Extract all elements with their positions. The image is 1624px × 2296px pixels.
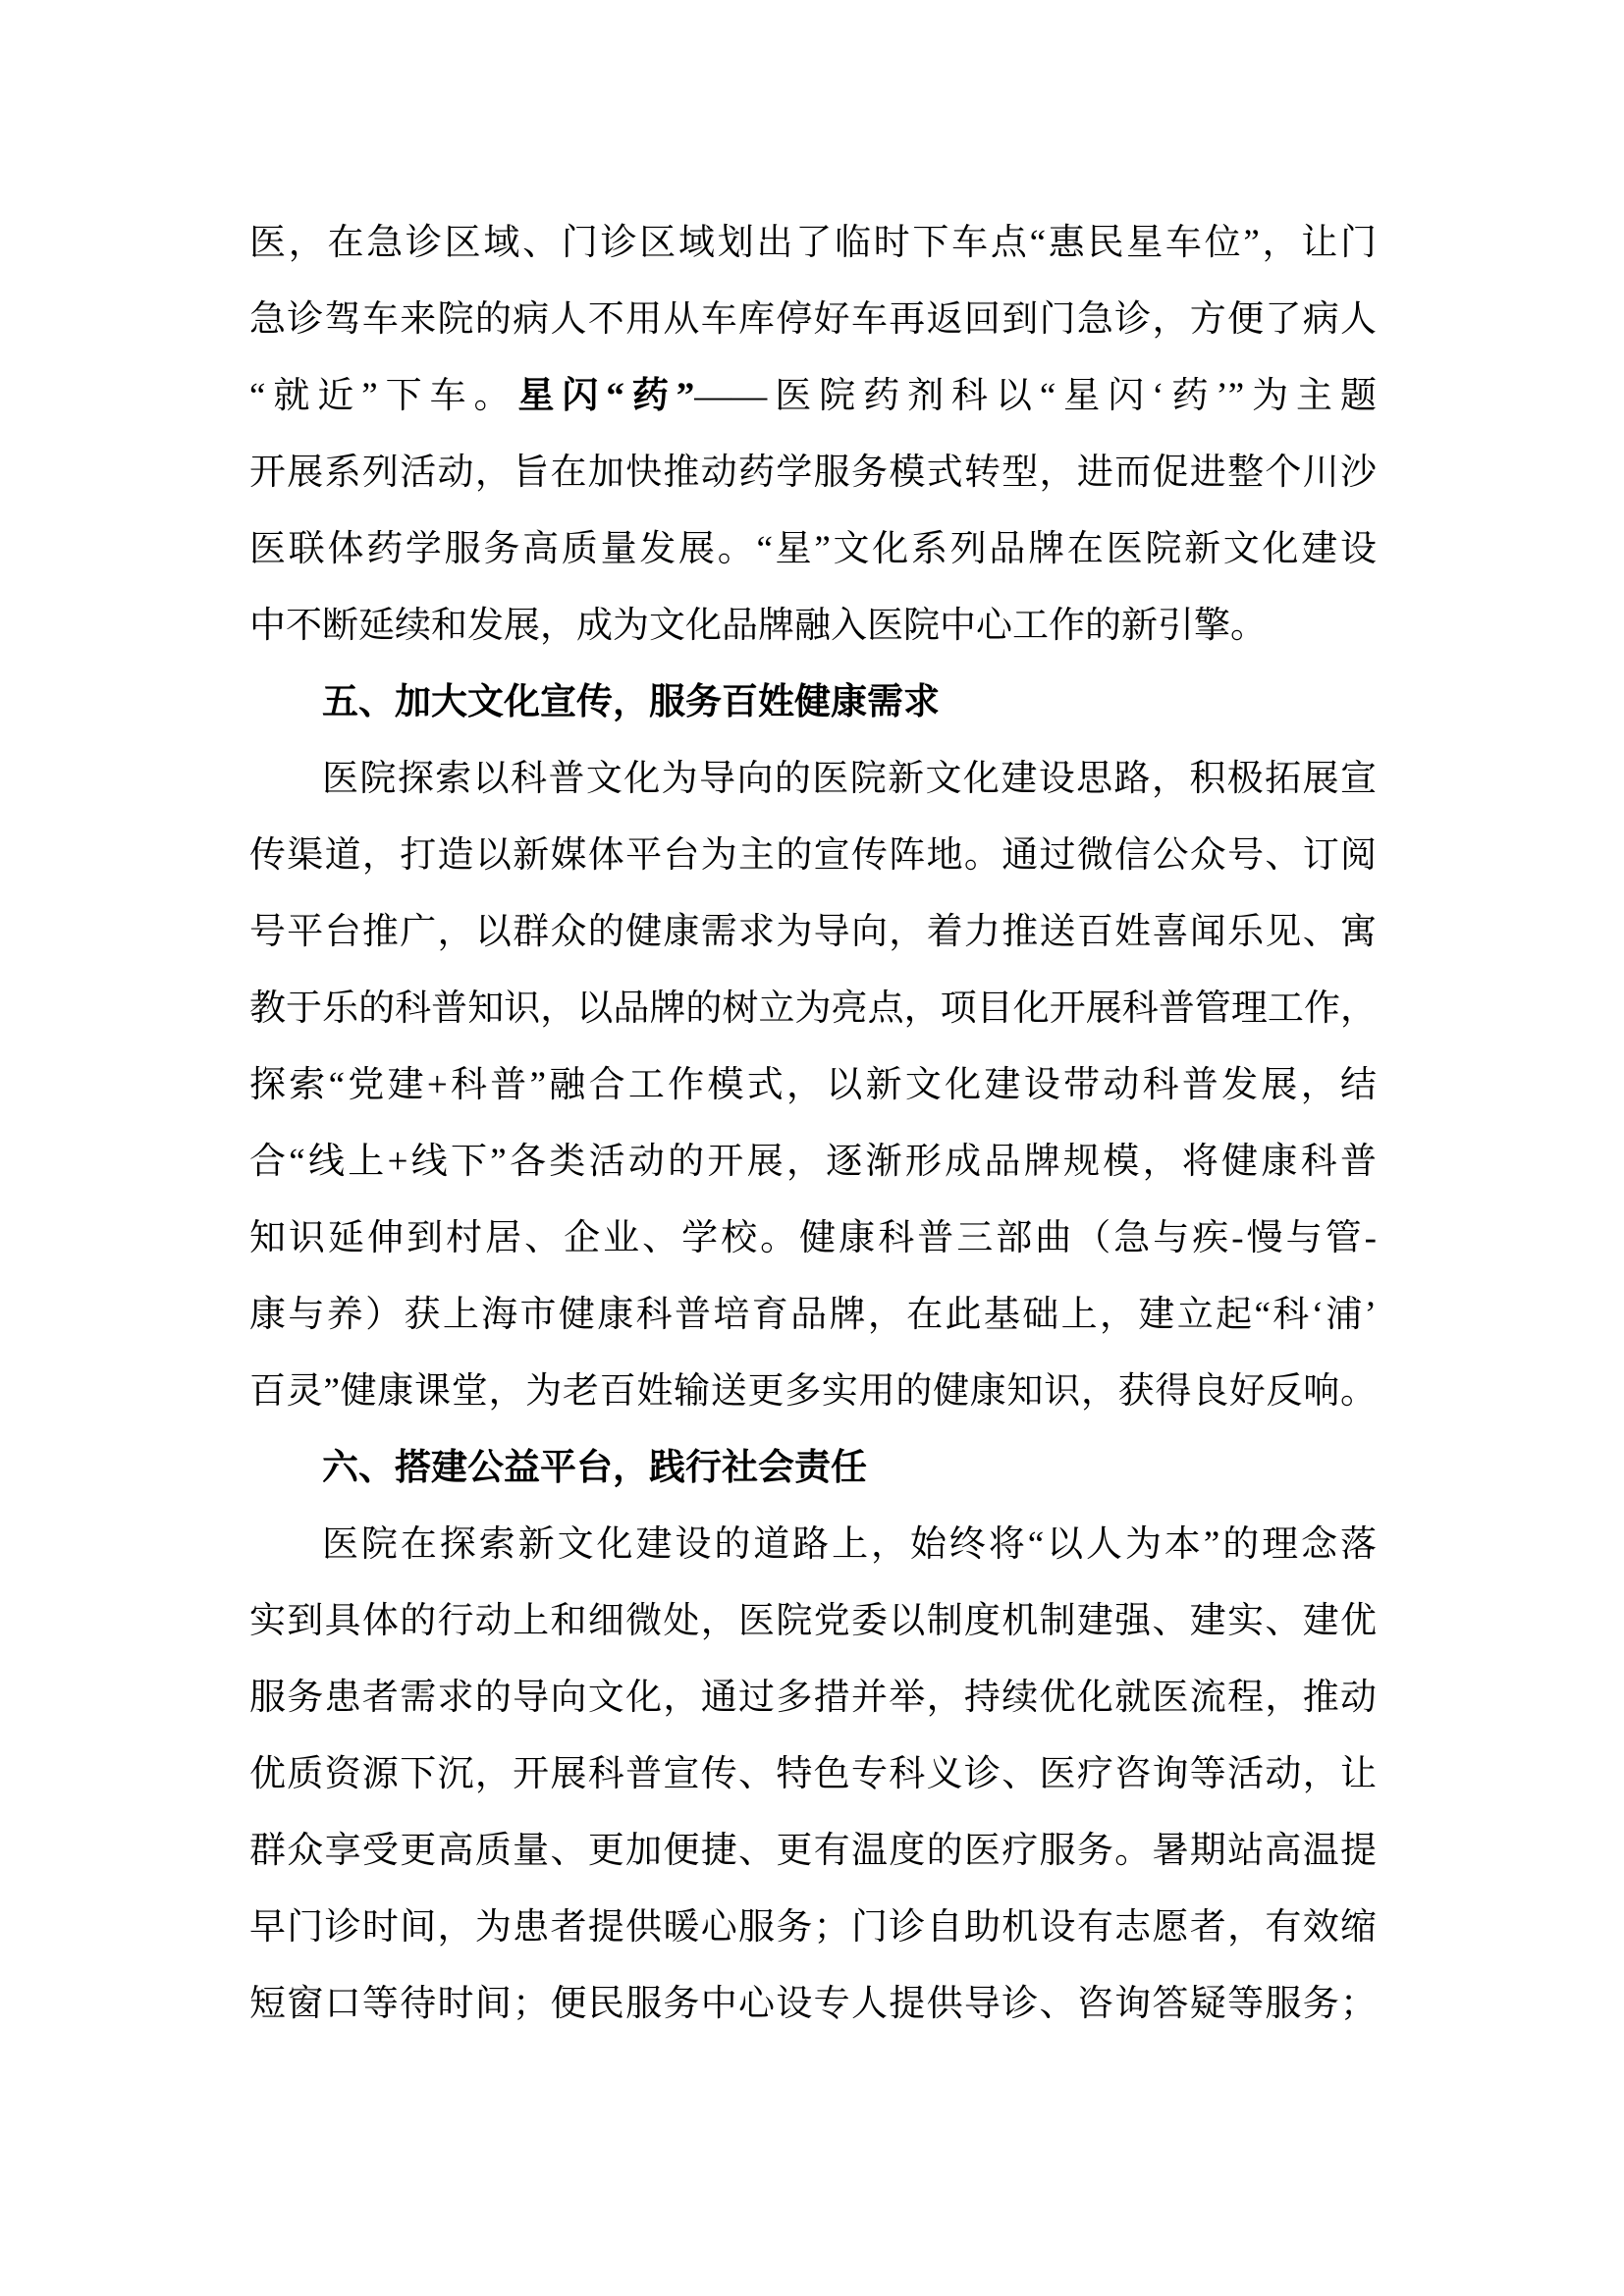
text-segment: 优质资源下沉，开展科普宣传、特色专科义诊、医疗咨询等活动，让 [249, 1754, 1377, 1794]
text-segment: 群众享受更高质量、更加便捷、更有温度的医疗服务。暑期站高温提 [249, 1831, 1377, 1871]
text-segment: 传渠道，打造以新媒体平台为主的宣传阵地。通过微信公众号、订阅 [249, 835, 1377, 876]
text-segment: 教于乐的科普知识，以品牌的树立为亮点，项目化开展科普管理工作， [249, 988, 1377, 1029]
text-line: 服务患者需求的导向文化，通过多措并举，持续优化就医流程，推动 [249, 1660, 1377, 1736]
text-line: 号平台推广，以群众的健康需求为导向，着力推送百姓喜闻乐见、寓 [249, 894, 1377, 971]
section-heading: 六、搭建公益平台，践行社会责任 [249, 1430, 1377, 1507]
text-line: 急诊驾车来院的病人不用从车库停好车再返回到门急诊，方便了病人 [249, 282, 1377, 358]
text-segment: 号平台推广，以群众的健康需求为导向，着力推送百姓喜闻乐见、寓 [249, 912, 1377, 952]
text-line: 知识延伸到村居、企业、学校。健康科普三部曲（急与疾-慢与管- [249, 1201, 1377, 1277]
text-segment: 医院探索以科普文化为导向的医院新文化建设思路，积极拓展宣 [322, 759, 1377, 799]
bold-text-segment: 五、加大文化宣传，服务百姓健康需求 [322, 682, 940, 722]
text-line: 医，在急诊区域、门诊区域划出了临时下车点“惠民星车位”，让门 [249, 205, 1377, 282]
text-segment: 探索“党建+科普”融合工作模式，以新文化建设带动科普发展，结 [249, 1065, 1377, 1105]
text-line: 康与养）获上海市健康科普培育品牌，在此基础上，建立起“科‘浦’ [249, 1277, 1377, 1354]
text-segment: 医院在探索新文化建设的道路上，始终将“以人为本”的理念落 [322, 1524, 1377, 1565]
text-line: 教于乐的科普知识，以品牌的树立为亮点，项目化开展科普管理工作， [249, 971, 1377, 1047]
text-line: 探索“党建+科普”融合工作模式，以新文化建设带动科普发展，结 [249, 1047, 1377, 1124]
text-line: 传渠道，打造以新媒体平台为主的宣传阵地。通过微信公众号、订阅 [249, 818, 1377, 894]
text-line: 医联体药学服务高质量发展。“星”文化系列品牌在医院新文化建设 [249, 511, 1377, 588]
text-line: 群众享受更高质量、更加便捷、更有温度的医疗服务。暑期站高温提 [249, 1813, 1377, 1890]
text-line: 医院探索以科普文化为导向的医院新文化建设思路，积极拓展宣 [249, 741, 1377, 818]
text-line: 开展系列活动，旨在加快推动药学服务模式转型，进而促进整个川沙 [249, 435, 1377, 511]
text-segment: 服务患者需求的导向文化，通过多措并举，持续优化就医流程，推动 [249, 1678, 1377, 1718]
text-segment: 短窗口等待时间；便民服务中心设专人提供导诊、咨询答疑等服务； [249, 1984, 1377, 2024]
text-line: 优质资源下沉，开展科普宣传、特色专科义诊、医疗咨询等活动，让 [249, 1736, 1377, 1813]
text-segment: 实到具体的行动上和细微处，医院党委以制度机制建强、建实、建优 [249, 1601, 1377, 1641]
text-line: 短窗口等待时间；便民服务中心设专人提供导诊、咨询答疑等服务； [249, 1966, 1377, 2043]
text-line: 中不断延续和发展，成为文化品牌融入医院中心工作的新引擎。 [249, 588, 1377, 665]
text-segment: 急诊驾车来院的病人不用从车库停好车再返回到门急诊，方便了病人 [249, 299, 1377, 340]
text-line: “就近”下车。星闪“药”——医院药剂科以“星闪‘药’”为主题 [249, 358, 1377, 435]
text-segment: 早门诊时间，为患者提供暖心服务；门诊自助机设有志愿者，有效缩 [249, 1907, 1377, 1948]
text-segment: 合“线上+线下”各类活动的开展，逐渐形成品牌规模，将健康科普 [249, 1142, 1377, 1182]
text-segment: 中不断延续和发展，成为文化品牌融入医院中心工作的新引擎。 [249, 606, 1267, 646]
section-heading: 五、加大文化宣传，服务百姓健康需求 [249, 665, 1377, 741]
text-segment: “就近”下车。 [249, 376, 517, 416]
text-segment: 康与养）获上海市健康科普培育品牌，在此基础上，建立起“科‘浦’ [249, 1295, 1377, 1335]
bold-text-segment: 六、搭建公益平台，践行社会责任 [322, 1448, 867, 1488]
document-page: 医，在急诊区域、门诊区域划出了临时下车点“惠民星车位”，让门急诊驾车来院的病人不… [0, 0, 1624, 2296]
text-segment: 医联体药学服务高质量发展。“星”文化系列品牌在医院新文化建设 [249, 529, 1377, 569]
text-line: 早门诊时间，为患者提供暖心服务；门诊自助机设有志愿者，有效缩 [249, 1890, 1377, 1966]
text-segment: 医，在急诊区域、门诊区域划出了临时下车点“惠民星车位”，让门 [249, 223, 1377, 263]
text-line: 百灵”健康课堂，为老百姓输送更多实用的健康知识，获得良好反响。 [249, 1354, 1377, 1430]
text-line: 实到具体的行动上和细微处，医院党委以制度机制建强、建实、建优 [249, 1583, 1377, 1660]
bold-text-segment: 星闪“药” [517, 376, 694, 416]
text-block: 医，在急诊区域、门诊区域划出了临时下车点“惠民星车位”，让门急诊驾车来院的病人不… [249, 205, 1377, 2043]
text-segment: 知识延伸到村居、企业、学校。健康科普三部曲（急与疾-慢与管- [249, 1218, 1377, 1258]
text-segment: 百灵”健康课堂，为老百姓输送更多实用的健康知识，获得良好反响。 [249, 1371, 1377, 1412]
text-segment: ——医院药剂科以“星闪‘药’”为主题 [694, 376, 1377, 416]
text-line: 医院在探索新文化建设的道路上，始终将“以人为本”的理念落 [249, 1507, 1377, 1583]
text-line: 合“线上+线下”各类活动的开展，逐渐形成品牌规模，将健康科普 [249, 1124, 1377, 1201]
text-segment: 开展系列活动，旨在加快推动药学服务模式转型，进而促进整个川沙 [249, 453, 1377, 493]
